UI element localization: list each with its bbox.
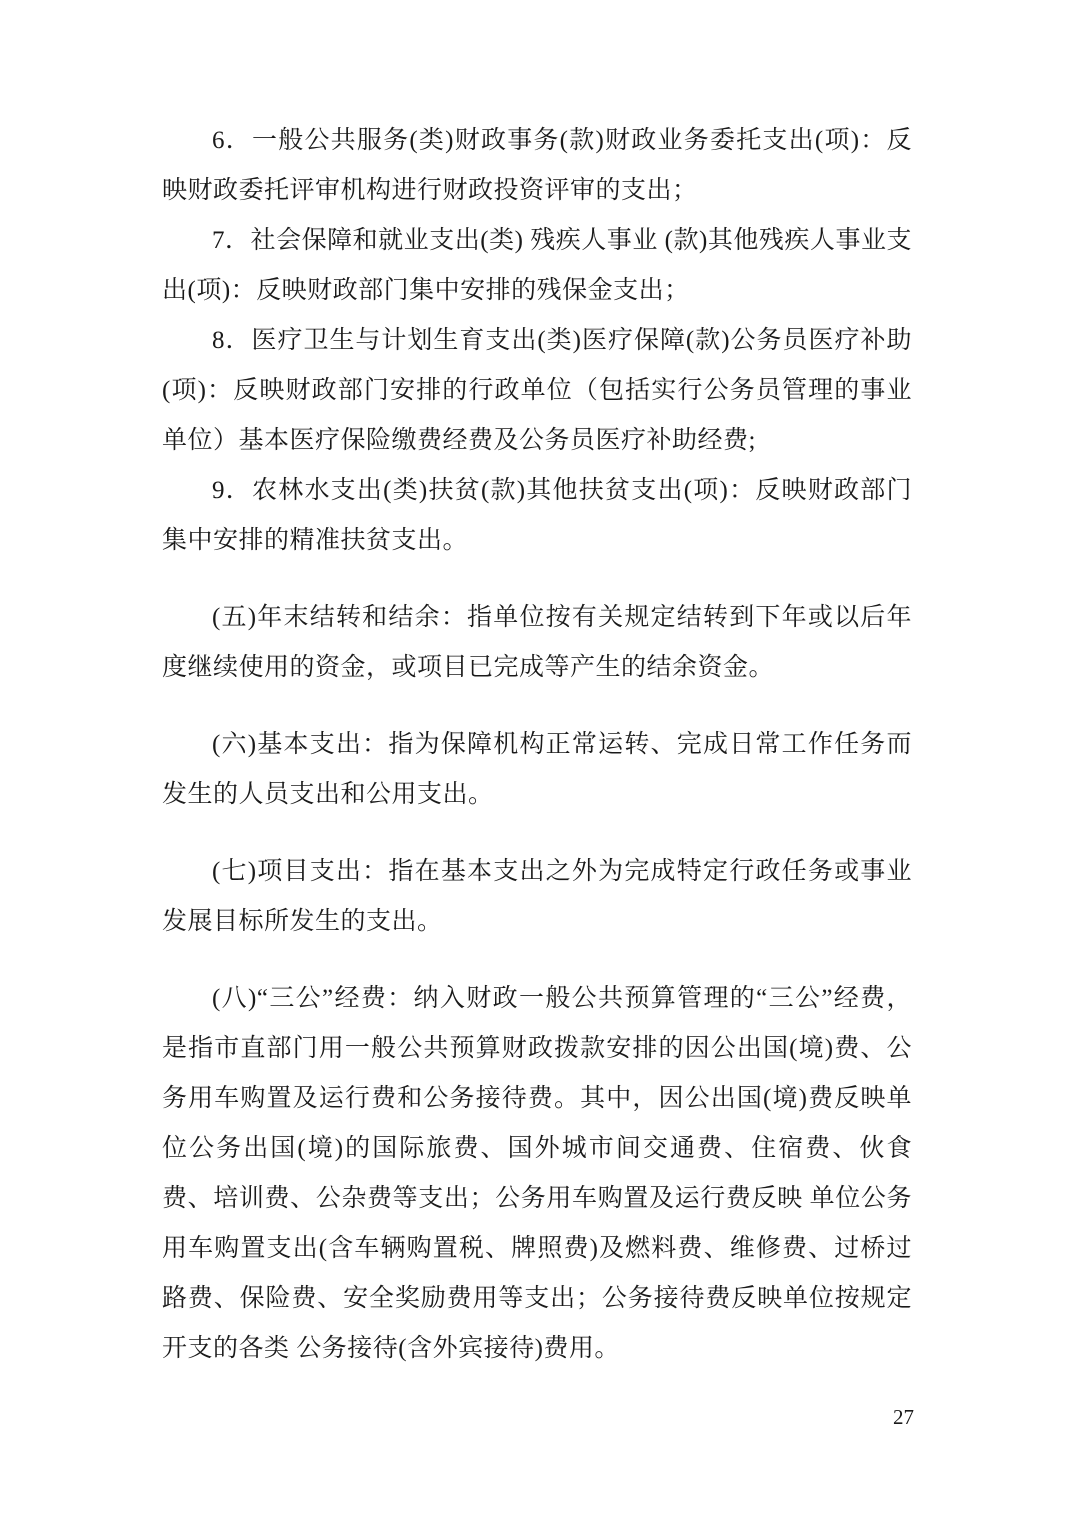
- paragraph-item-9: 9．农林水支出(类)扶贫(款)其他扶贫支出(项)：反映财政部门集中安排的精准扶贫…: [162, 466, 912, 566]
- paragraph-item-8: 8．医疗卫生与计划生育支出(类)医疗保障(款)公务员医疗补助(项)：反映财政部门…: [162, 316, 912, 466]
- document-page: 6．一般公共服务(类)财政事务(款)财政业务委托支出(项)：反映财政委托评审机构…: [0, 0, 1075, 1520]
- paragraph-item-7: 7．社会保障和就业支出(类) 残疾人事业 (款)其他残疾人事业支出(项)：反映财…: [162, 216, 912, 316]
- paragraph-section-8-three-public-funds: (八)“三公”经费：纳入财政一般公共预算管理的“三公”经费，是指市直部门用一般公…: [162, 974, 912, 1374]
- paragraph-item-6: 6．一般公共服务(类)财政事务(款)财政业务委托支出(项)：反映财政委托评审机构…: [162, 116, 912, 216]
- page-number: 27: [893, 1405, 914, 1429]
- paragraph-section-6-basic-expenditure: (六)基本支出：指为保障机构正常运转、完成日常工作任务而发生的人员支出和公用支出…: [162, 720, 912, 820]
- paragraph-section-7-project-expenditure: (七)项目支出：指在基本支出之外为完成特定行政任务或事业发展目标所发生的支出。: [162, 847, 912, 947]
- document-body: 6．一般公共服务(类)财政事务(款)财政业务委托支出(项)：反映财政委托评审机构…: [162, 116, 912, 1374]
- paragraph-section-5-carryover: (五)年末结转和结余：指单位按有关规定结转到下年或以后年度继续使用的资金，或项目…: [162, 593, 912, 693]
